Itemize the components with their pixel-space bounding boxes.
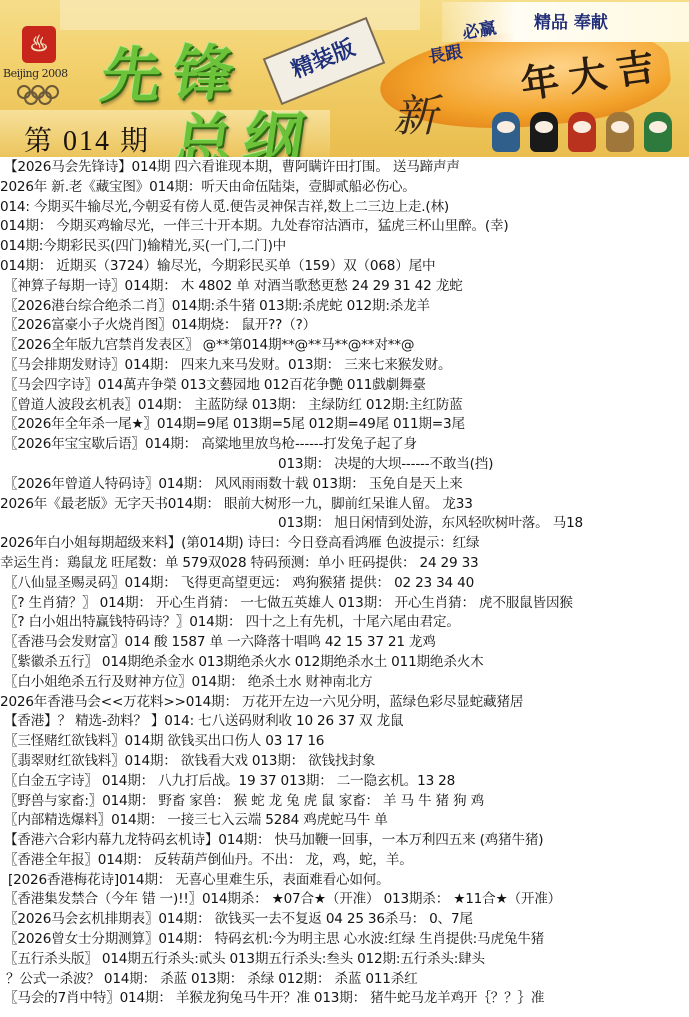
text-line-content: 014期： 今期买鸡输尽光，一伴三十开本期。九处春帘沽酒市，猛虎三杯山里醉。(幸… bbox=[0, 218, 508, 234]
olympic-emblem-icon: ♨ bbox=[22, 26, 56, 63]
mascot-icon bbox=[644, 112, 672, 152]
text-line: 〖香港马会发财富〗014 酸 1587 单 一六降落十唱鸣 42 15 37 2… bbox=[0, 633, 689, 653]
text-line: 〖香港全年报〗014期： 反转葫芦倒仙丹。不出： 龙，鸡，蛇，羊。 bbox=[0, 851, 689, 871]
text-line: 〖2026全年版九宫禁肖发表区〗 @**第014期**@**马**@**对**@ bbox=[0, 336, 689, 356]
mascot-group bbox=[488, 104, 678, 152]
slogan-offer: 精品 奉献 bbox=[534, 8, 608, 33]
text-line-content: 〖马会排期发财诗〗014期： 四来九来马发财。013期： 三来七来猴发财。 bbox=[4, 357, 451, 373]
text-line-content: 〖2026富豪小子火烧肖图〗014期烧： 鼠开??（?） bbox=[4, 317, 316, 333]
prediction-list: 【2026马会先锋诗】014期 四六看谁现本期，曹阿瞒许田打围。 送马蹄声声20… bbox=[0, 158, 689, 1009]
title-char-4: 纲 bbox=[238, 93, 310, 157]
text-line: 〖2026港台综合绝杀二肖〗014期:杀牛猪 013期:杀虎蛇 012期:杀龙羊 bbox=[0, 297, 689, 317]
text-line-content: ？公式一杀波？ 014期： 杀蓝 013期： 杀绿 012期： 杀蓝 011杀红 bbox=[6, 971, 418, 987]
text-line-content: 〖马会的7肖中特〗014期： 羊猴龙狗兔马牛开？准 013期： 猪牛蛇马龙羊鸡开… bbox=[4, 990, 544, 1006]
calligraphy-glyph: 新 bbox=[393, 80, 437, 144]
text-line-content: 014期:今期彩民买(四门)输精光,买(一门,二门)中 bbox=[0, 238, 286, 254]
text-line: 013期： 决堤的大坝------不敢当(挡) bbox=[0, 455, 689, 475]
text-line: 〖白小姐绝杀五行及财神方位〗014期： 绝杀土水 财神南北方 bbox=[0, 673, 689, 693]
text-line: 014期： 今期买鸡输尽光，一伴三十开本期。九处春帘沽酒市，猛虎三杯山里醉。(幸… bbox=[0, 217, 689, 237]
text-line: 2026年香港马会<<万花料>>014期： 万花开左边一六见分明，蓝绿色彩尽显蛇… bbox=[0, 693, 689, 713]
text-line-content: 〖白金五字诗〗 014期： 八九打后战。19 37 013期： 二一隐玄机。13… bbox=[4, 773, 455, 789]
text-line: 013期： 旭日闲情到处游，东风轻吹树叶落。 马18 bbox=[0, 514, 689, 534]
text-line: 〖香港集发禁合（今年 错 一)!!〗014期杀： ★07合★（开准） 013期杀… bbox=[0, 890, 689, 910]
text-line-content: 〖神算子每期一诗〗014期： 木 4802 单 对酒当歌愁更愁 24 29 31… bbox=[4, 278, 462, 294]
text-line-content: 〖? 白小姐出特赢钱特码诗？〗014期： 四十之上有先机，十尾六尾由君定。 bbox=[4, 614, 460, 630]
edition-badge: 精装版 bbox=[263, 17, 386, 105]
text-line: 〖八仙显圣赐灵码〗014期： 飞得更高望更远： 鸡狗猴猪 提供： 02 23 3… bbox=[0, 574, 689, 594]
text-line-content: 2026年香港马会<<万花料>>014期： 万花开左边一六见分明，蓝绿色彩尽显蛇… bbox=[0, 694, 523, 710]
text-line-content: 〖三怪赌红欲钱料〗014期 欲钱买出口伤人 03 17 16 bbox=[4, 733, 324, 749]
text-line: 014: 今期买牛输尽光,今朝妥有傍人觅.便告灵神保吉祥,数上二三边上走.(林) bbox=[0, 198, 689, 218]
text-line: 〖内部精选爆料〗014期： 一接三七入云端 5284 鸡虎蛇马牛 单 bbox=[0, 811, 689, 831]
text-line: 〖马会排期发财诗〗014期： 四来九来马发财。013期： 三来七来猴发财。 bbox=[0, 356, 689, 376]
text-line-content: 014期： 近期买（3724）输尽光，今期彩民买单（159）双（068）尾中 bbox=[0, 258, 435, 274]
text-line-content: 013期： 决堤的大坝------不敢当(挡) bbox=[278, 456, 493, 472]
text-line: 〖马会的7肖中特〗014期： 羊猴龙狗兔马牛开？准 013期： 猪牛蛇马龙羊鸡开… bbox=[0, 989, 689, 1009]
text-line: 〖2026年全年杀一尾★〗014期=9尾 013期=5尾 012期=49尾 01… bbox=[0, 415, 689, 435]
text-line-content: [2026香港梅花诗]014期： 无喜心里难生乐，表面难看心如何。 bbox=[8, 872, 390, 888]
text-line-content: 〖2026港台综合绝杀二肖〗014期:杀牛猪 013期:杀虎蛇 012期:杀龙羊 bbox=[4, 298, 430, 314]
text-line-content: 幸运生肖：鶏鼠龙 旺尾数：单 579双028 特码预测：单小 旺码提供： 24 … bbox=[0, 555, 478, 571]
mascot-icon bbox=[492, 112, 520, 152]
text-line-content: 2026年《最老版》无字天书014期： 眼前大树形一九，脚前红呆谁人留。 龙33 bbox=[0, 496, 473, 512]
text-line: ？公式一杀波？ 014期： 杀蓝 013期： 杀绿 012期： 杀蓝 011杀红 bbox=[0, 970, 689, 990]
text-line-content: 〖曾道人波段玄机表〗014期： 主蓝防绿 013期： 主绿防红 012期:主红防… bbox=[4, 397, 463, 413]
text-line: [2026香港梅花诗]014期： 无喜心里难生乐，表面难看心如何。 bbox=[0, 871, 689, 891]
text-line: 〖翡翠财红欲钱料〗014期： 欲钱看大戏 013期： 欲钱找封象 bbox=[0, 752, 689, 772]
title-char-3: 总 bbox=[168, 95, 240, 157]
text-line: 〖紫徽杀五行〗 014期绝杀金水 013期绝杀火水 012期绝杀水土 011期绝… bbox=[0, 653, 689, 673]
text-line: 014期:今期彩民买(四门)输精光,买(一门,二门)中 bbox=[0, 237, 689, 257]
logo-caption: Beijing 2008 bbox=[3, 67, 68, 80]
text-line: 【香港】？ 精选-劲料？ 】014: 七八送码财利收 10 26 37 双 龙鼠 bbox=[0, 712, 689, 732]
text-line-content: 〖2026年曾道人特码诗〗014期： 风风雨雨数十载 013期： 玉免自是天上来 bbox=[4, 476, 462, 492]
text-line-content: 〖2026曾女士分期测算〗014期： 特码玄机:今为明主思 心水波:红绿 生肖提… bbox=[4, 931, 544, 947]
header-banner: ♨ Beijing 2008 第 014 期 先 锋 总 纲 精装版 必赢 精品… bbox=[0, 0, 689, 157]
issue-suffix: 期 bbox=[120, 126, 150, 157]
text-line: 【2026马会先锋诗】014期 四六看谁现本期，曹阿瞒许田打围。 送马蹄声声 bbox=[0, 158, 689, 178]
text-line-content: 〖野兽与家畜:〗014期： 野畜 家兽： 猴 蛇 龙 兔 虎 鼠 家畜： 羊 马… bbox=[4, 793, 484, 809]
text-line: 〖三怪赌红欲钱料〗014期 欲钱买出口伤人 03 17 16 bbox=[0, 732, 689, 752]
text-line: 2026年《最老版》无字天书014期： 眼前大树形一九，脚前红呆谁人留。 龙33 bbox=[0, 495, 689, 515]
text-line: 〖2026马会玄机排期表〗014期： 欲钱买一去不复返 04 25 36杀马： … bbox=[0, 910, 689, 930]
text-line: 〖曾道人波段玄机表〗014期： 主蓝防绿 013期： 主绿防红 012期:主红防… bbox=[0, 396, 689, 416]
text-line: 〖2026年曾道人特码诗〗014期： 风风雨雨数十载 013期： 玉免自是天上来 bbox=[0, 475, 689, 495]
text-line-content: 【香港六合彩内幕九龙特码玄机诗】014期： 快马加鞭一回事，一本万利四五来 (鸡… bbox=[4, 832, 543, 848]
text-line-content: 【香港】？ 精选-劲料？ 】014: 七八送码财利收 10 26 37 双 龙鼠 bbox=[4, 713, 403, 729]
text-line: 〖野兽与家畜:〗014期： 野畜 家兽： 猴 蛇 龙 兔 虎 鼠 家畜： 羊 马… bbox=[0, 792, 689, 812]
text-line-content: 〖2026马会玄机排期表〗014期： 欲钱买一去不复返 04 25 36杀马： … bbox=[4, 911, 473, 927]
text-line: 014期： 近期买（3724）输尽光，今期彩民买单（159）双（068）尾中 bbox=[0, 257, 689, 277]
text-line-content: 〖2026年宝宝歇后语〗014期： 高粱地里放鸟枪------打发兔子起了身 bbox=[4, 436, 417, 452]
text-line-content: 〖翡翠财红欲钱料〗014期： 欲钱看大戏 013期： 欲钱找封象 bbox=[4, 753, 375, 769]
text-line-content: 013期： 旭日闲情到处游，东风轻吹树叶落。 马18 bbox=[278, 515, 583, 531]
text-line-content: 〖紫徽杀五行〗 014期绝杀金水 013期绝杀火水 012期绝杀水土 011期绝… bbox=[4, 654, 484, 670]
issue-prefix: 第 bbox=[24, 126, 54, 157]
text-line-content: 〖? 生肖猜？〗 014期： 开心生肖猜： 一七做五英雄人 013期： 开心生肖… bbox=[4, 595, 573, 611]
text-line-content: 〖香港集发禁合（今年 错 一)!!〗014期杀： ★07合★（开准） 013期杀… bbox=[4, 891, 561, 907]
text-line: 〖2026年宝宝歇后语〗014期： 高粱地里放鸟枪------打发兔子起了身 bbox=[0, 435, 689, 455]
text-line: 〖2026曾女士分期测算〗014期： 特码玄机:今为明主思 心水波:红绿 生肖提… bbox=[0, 930, 689, 950]
text-line-content: 〖香港马会发财富〗014 酸 1587 单 一六降落十唱鸣 42 15 37 2… bbox=[4, 634, 436, 650]
text-line-content: 〖马会四字诗〗014萬卉争榮 013文藝园地 012百花争艷 011戲劇舞臺 bbox=[4, 377, 426, 393]
text-line: 〖五行杀头版〗 014期五行杀头:贰头 013期五行杀头:叁头 012期:五行杀… bbox=[0, 950, 689, 970]
text-line: 〖神算子每期一诗〗014期： 木 4802 单 对酒当歌愁更愁 24 29 31… bbox=[0, 277, 689, 297]
issue-number: 第 014 期 bbox=[24, 119, 150, 157]
text-line: 2026年 新.老《藏宝图》014期：听天由命伍陆柒，壹脚贰船必伤心。 bbox=[0, 178, 689, 198]
text-line-content: 〖八仙显圣赐灵码〗014期： 飞得更高望更远： 鸡狗猴猪 提供： 02 23 3… bbox=[4, 575, 474, 591]
text-line-content: 〖白小姐绝杀五行及财神方位〗014期： 绝杀土水 财神南北方 bbox=[4, 674, 372, 690]
text-line-content: 〖五行杀头版〗 014期五行杀头:贰头 013期五行杀头:叁头 012期:五行杀… bbox=[4, 951, 485, 967]
text-line: 〖马会四字诗〗014萬卉争榮 013文藝园地 012百花争艷 011戲劇舞臺 bbox=[0, 376, 689, 396]
olympic-rings-icon bbox=[15, 84, 75, 106]
text-line: 2026年白小姐每期超级来料】(第014期) 诗曰：今日登高看鸿雁 色波提示：红… bbox=[0, 534, 689, 554]
text-line: 〖? 白小姐出特赢钱特码诗？〗014期： 四十之上有先机，十尾六尾由君定。 bbox=[0, 613, 689, 633]
text-line-content: 【2026马会先锋诗】014期 四六看谁现本期，曹阿瞒许田打围。 送马蹄声声 bbox=[4, 159, 460, 175]
text-line-content: 〖2026全年版九宫禁肖发表区〗 @**第014期**@**马**@**对**@ bbox=[4, 337, 414, 353]
text-line-content: 〖香港全年报〗014期： 反转葫芦倒仙丹。不出： 龙，鸡，蛇，羊。 bbox=[4, 852, 413, 868]
text-line: 〖? 生肖猜？〗 014期： 开心生肖猜： 一七做五英雄人 013期： 开心生肖… bbox=[0, 594, 689, 614]
text-line-content: 〖内部精选爆料〗014期： 一接三七入云端 5284 鸡虎蛇马牛 单 bbox=[4, 812, 388, 828]
text-line-content: 〖2026年全年杀一尾★〗014期=9尾 013期=5尾 012期=49尾 01… bbox=[4, 416, 465, 432]
text-line-content: 2026年白小姐每期超级来料】(第014期) 诗曰：今日登高看鸿雁 色波提示：红… bbox=[0, 535, 479, 551]
title-char-1: 先 bbox=[96, 28, 168, 114]
text-line-content: 2026年 新.老《藏宝图》014期：听天由命伍陆柒，壹脚贰船必伤心。 bbox=[0, 179, 416, 195]
text-line: 〖白金五字诗〗 014期： 八九打后战。19 37 013期： 二一隐玄机。13… bbox=[0, 772, 689, 792]
text-line: 幸运生肖：鶏鼠龙 旺尾数：单 579双028 特码预测：单小 旺码提供： 24 … bbox=[0, 554, 689, 574]
text-line-content: 014: 今期买牛输尽光,今朝妥有傍人觅.便告灵神保吉祥,数上二三边上走.(林) bbox=[0, 199, 449, 215]
mascot-icon bbox=[568, 112, 596, 152]
mascot-icon bbox=[606, 112, 634, 152]
mascot-icon bbox=[530, 112, 558, 152]
text-line: 【香港六合彩内幕九龙特码玄机诗】014期： 快马加鞭一回事，一本万利四五来 (鸡… bbox=[0, 831, 689, 851]
text-line: 〖2026富豪小子火烧肖图〗014期烧： 鼠开??（?） bbox=[0, 316, 689, 336]
issue-value: 014 bbox=[63, 126, 111, 157]
